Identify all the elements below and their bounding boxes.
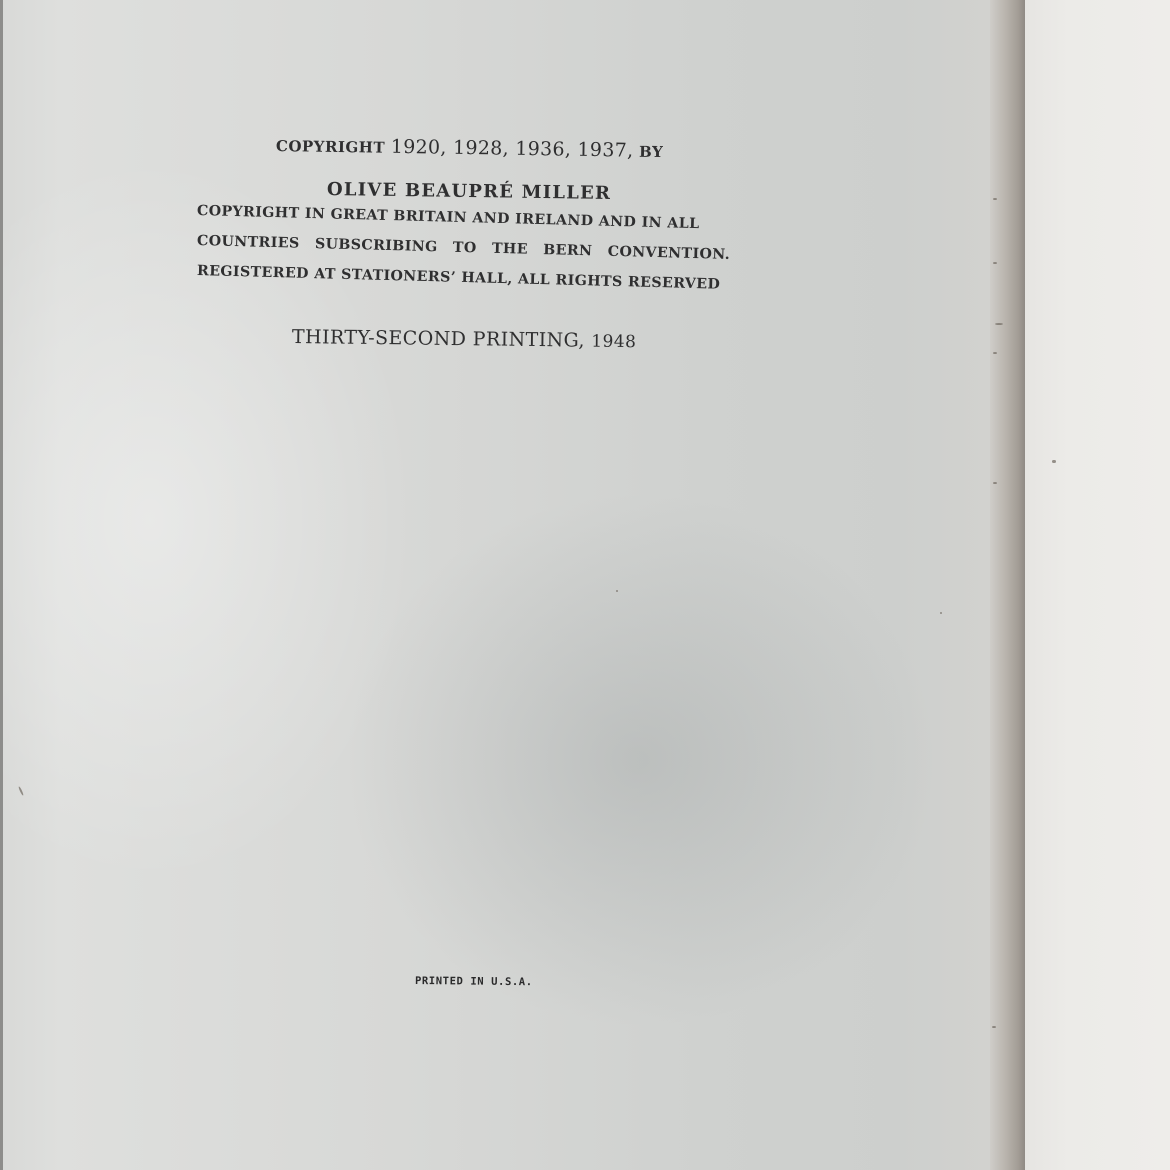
- edge-speck: [995, 323, 1003, 325]
- edge-speck: [993, 352, 997, 354]
- copyright-by: BY: [639, 143, 663, 161]
- page-left-edge: [0, 0, 3, 1170]
- printing-year: 1948: [591, 332, 636, 353]
- paper-speck: [18, 786, 24, 796]
- adjacent-page: [1025, 0, 1170, 1170]
- edge-speck: [993, 198, 997, 200]
- rights-line-2: COUNTRIES SUBSCRIBING TO THE BERN CONVEN…: [197, 233, 730, 263]
- paper-speck: [940, 612, 942, 614]
- printing-line: THIRTY-SECOND PRINTING, 1948: [292, 326, 637, 352]
- rights-line-3: REGISTERED AT STATIONERS’ HALL, ALL RIGH…: [197, 263, 721, 293]
- sheet-speck: [1052, 460, 1056, 463]
- printed-in-usa: PRINTED IN U.S.A.: [415, 975, 533, 988]
- page-edge-shadow: [990, 0, 1025, 1170]
- rights-line-1: COPYRIGHT IN GREAT BRITAIN AND IRELAND A…: [197, 203, 700, 232]
- edge-speck: [993, 262, 997, 264]
- copyright-prefix: COPYRIGHT: [276, 137, 385, 157]
- author-name: OLIVE BEAUPRÉ MILLER: [327, 179, 611, 204]
- edge-speck: [993, 482, 997, 484]
- paper-speck: [616, 590, 618, 592]
- copyright-line: COPYRIGHT 1920, 1928, 1936, 1937, BY: [276, 134, 664, 162]
- edge-speck: [992, 1026, 996, 1028]
- book-page: COPYRIGHT 1920, 1928, 1936, 1937, BY OLI…: [0, 0, 1010, 1170]
- photo-scene: COPYRIGHT 1920, 1928, 1936, 1937, BY OLI…: [0, 0, 1170, 1170]
- copyright-years: 1920, 1928, 1936, 1937,: [391, 136, 634, 162]
- printing-label: THIRTY-SECOND PRINTING,: [292, 326, 585, 352]
